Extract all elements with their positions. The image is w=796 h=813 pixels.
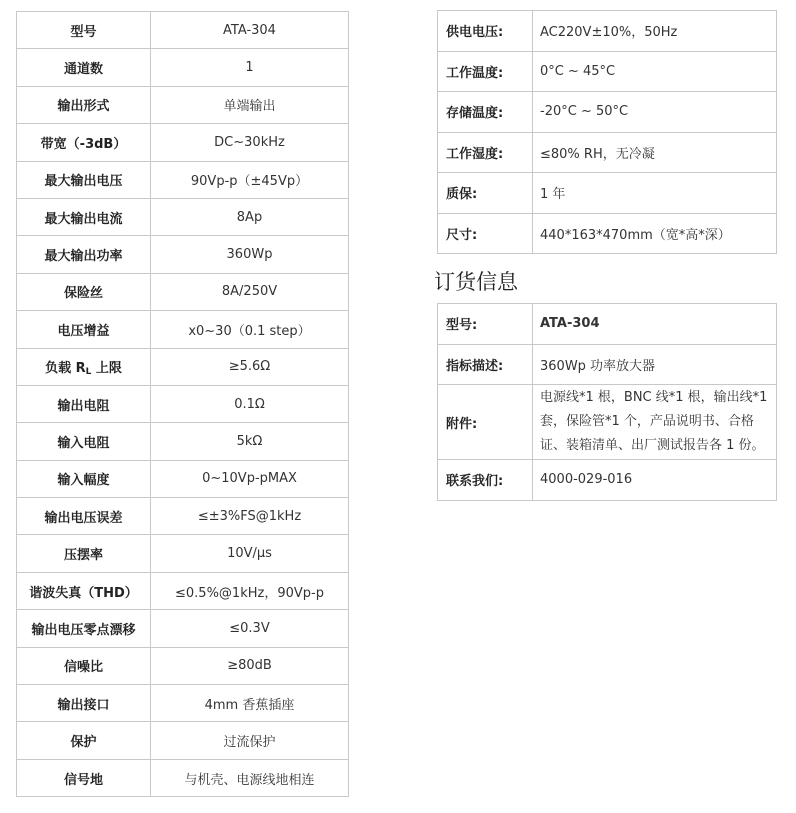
spec-label: 谐波失真（THD）: [17, 572, 151, 609]
order-row: 指标描述:360Wp 功率放大器: [438, 344, 777, 385]
order-label: 附件:: [438, 385, 533, 460]
spec-label: 输入幅度: [17, 460, 151, 497]
spec-value: 0~10Vp-pMAX: [151, 460, 349, 497]
spec-value: 5kΩ: [151, 423, 349, 460]
spec-value: 4mm 香蕉插座: [151, 685, 349, 722]
spec-value: DC~30kHz: [151, 124, 349, 161]
spec-label: 信号地: [17, 759, 151, 796]
environment-label: 供电电压:: [438, 11, 533, 52]
spec-value: 360Wp: [151, 236, 349, 273]
spec-row: 输出电压零点漂移≤0.3V: [17, 610, 349, 647]
environment-label: 尺寸:: [438, 213, 533, 254]
environment-row: 质保:1 年: [438, 173, 777, 214]
environment-value: 440*163*470mm（宽*高*深）: [533, 213, 777, 254]
spec-value: 过流保护: [151, 722, 349, 759]
environment-table: 供电电压:AC220V±10%，50Hz工作温度:0°C ~ 45°C存储温度:…: [437, 10, 777, 254]
environment-value: -20°C ~ 50°C: [533, 92, 777, 133]
environment-row: 供电电压:AC220V±10%，50Hz: [438, 11, 777, 52]
spec-label: 电压增益: [17, 311, 151, 348]
spec-value: ≤0.5%@1kHz，90Vp-p: [151, 572, 349, 609]
spec-row: 输出电阻0.1Ω: [17, 385, 349, 422]
spec-value: ATA-304: [151, 12, 349, 49]
spec-row: 输出接口4mm 香蕉插座: [17, 685, 349, 722]
order-value: 4000-029-016: [533, 460, 777, 501]
spec-value: ≤0.3V: [151, 610, 349, 647]
spec-label: 最大输出功率: [17, 236, 151, 273]
spec-value: 10V/μs: [151, 535, 349, 572]
order-label: 联系我们:: [438, 460, 533, 501]
spec-row: 型号ATA-304: [17, 12, 349, 49]
spec-label: 最大输出电压: [17, 161, 151, 198]
spec-label-suffix: 上限: [91, 361, 122, 376]
order-info-heading: 订货信息: [434, 266, 518, 296]
order-info-table: 型号:ATA-304指标描述:360Wp 功率放大器附件:电源线*1 根，BNC…: [437, 303, 777, 501]
spec-label: 最大输出电流: [17, 198, 151, 235]
environment-row: 工作温度:0°C ~ 45°C: [438, 51, 777, 92]
environment-row: 存储温度:-20°C ~ 50°C: [438, 92, 777, 133]
spec-row: 通道数1: [17, 49, 349, 86]
spec-row: 输入幅度0~10Vp-pMAX: [17, 460, 349, 497]
spec-value: 8Ap: [151, 198, 349, 235]
order-row: 联系我们:4000-029-016: [438, 460, 777, 501]
spec-label: 带宽（-3dB）: [17, 124, 151, 161]
spec-value: ≥80dB: [151, 647, 349, 684]
order-value: ATA-304: [533, 304, 777, 345]
spec-label: 输入电阻: [17, 423, 151, 460]
spec-row: 保护过流保护: [17, 722, 349, 759]
spec-row: 输出电压误差≤±3%FS@1kHz: [17, 498, 349, 535]
spec-label: 输出电压误差: [17, 498, 151, 535]
spec-label: 负载 RL 上限: [17, 348, 151, 385]
spec-row: 最大输出电流8Ap: [17, 198, 349, 235]
spec-row: 电压增益x0~30（0.1 step）: [17, 311, 349, 348]
spec-row: 保险丝8A/250V: [17, 273, 349, 310]
spec-row: 最大输出功率360Wp: [17, 236, 349, 273]
spec-value: ≤±3%FS@1kHz: [151, 498, 349, 535]
order-value: 360Wp 功率放大器: [533, 344, 777, 385]
spec-label: 输出电压零点漂移: [17, 610, 151, 647]
environment-row: 尺寸:440*163*470mm（宽*高*深）: [438, 213, 777, 254]
spec-row: 带宽（-3dB）DC~30kHz: [17, 124, 349, 161]
spec-label: 输出接口: [17, 685, 151, 722]
spec-table: 型号ATA-304通道数1输出形式单端输出带宽（-3dB）DC~30kHz最大输…: [16, 11, 349, 797]
spec-value: 单端输出: [151, 86, 349, 123]
spec-row: 输出形式单端输出: [17, 86, 349, 123]
environment-value: 1 年: [533, 173, 777, 214]
environment-label: 存储温度:: [438, 92, 533, 133]
spec-value: ≥5.6Ω: [151, 348, 349, 385]
spec-row: 谐波失真（THD）≤0.5%@1kHz，90Vp-p: [17, 572, 349, 609]
environment-label: 工作温度:: [438, 51, 533, 92]
order-label: 型号:: [438, 304, 533, 345]
spec-row: 信噪比≥80dB: [17, 647, 349, 684]
order-row: 型号:ATA-304: [438, 304, 777, 345]
spec-label: 信噪比: [17, 647, 151, 684]
environment-row: 工作湿度:≤80% RH，无冷凝: [438, 132, 777, 173]
spec-value: 与机壳、电源线地相连: [151, 759, 349, 796]
environment-value: AC220V±10%，50Hz: [533, 11, 777, 52]
environment-label: 工作湿度:: [438, 132, 533, 173]
spec-label: 型号: [17, 12, 151, 49]
order-row: 附件:电源线*1 根，BNC 线*1 根，输出线*1 套，保险管*1 个，产品说…: [438, 385, 777, 460]
spec-label: 输出电阻: [17, 385, 151, 422]
spec-label: 保护: [17, 722, 151, 759]
spec-label-prefix: 负载 R: [45, 361, 86, 376]
environment-value: ≤80% RH，无冷凝: [533, 132, 777, 173]
spec-label: 压摆率: [17, 535, 151, 572]
spec-row: 输入电阻5kΩ: [17, 423, 349, 460]
spec-row: 负载 RL 上限≥5.6Ω: [17, 348, 349, 385]
spec-value: 0.1Ω: [151, 385, 349, 422]
spec-value: 90Vp-p（±45Vp）: [151, 161, 349, 198]
spec-label: 通道数: [17, 49, 151, 86]
environment-value: 0°C ~ 45°C: [533, 51, 777, 92]
environment-label: 质保:: [438, 173, 533, 214]
spec-value: 1: [151, 49, 349, 86]
spec-label: 保险丝: [17, 273, 151, 310]
spec-row: 最大输出电压90Vp-p（±45Vp）: [17, 161, 349, 198]
order-value: 电源线*1 根，BNC 线*1 根，输出线*1 套，保险管*1 个，产品说明书、…: [533, 385, 777, 460]
spec-row: 压摆率10V/μs: [17, 535, 349, 572]
spec-value: 8A/250V: [151, 273, 349, 310]
spec-label: 输出形式: [17, 86, 151, 123]
spec-value: x0~30（0.1 step）: [151, 311, 349, 348]
spec-row: 信号地与机壳、电源线地相连: [17, 759, 349, 796]
order-label: 指标描述:: [438, 344, 533, 385]
